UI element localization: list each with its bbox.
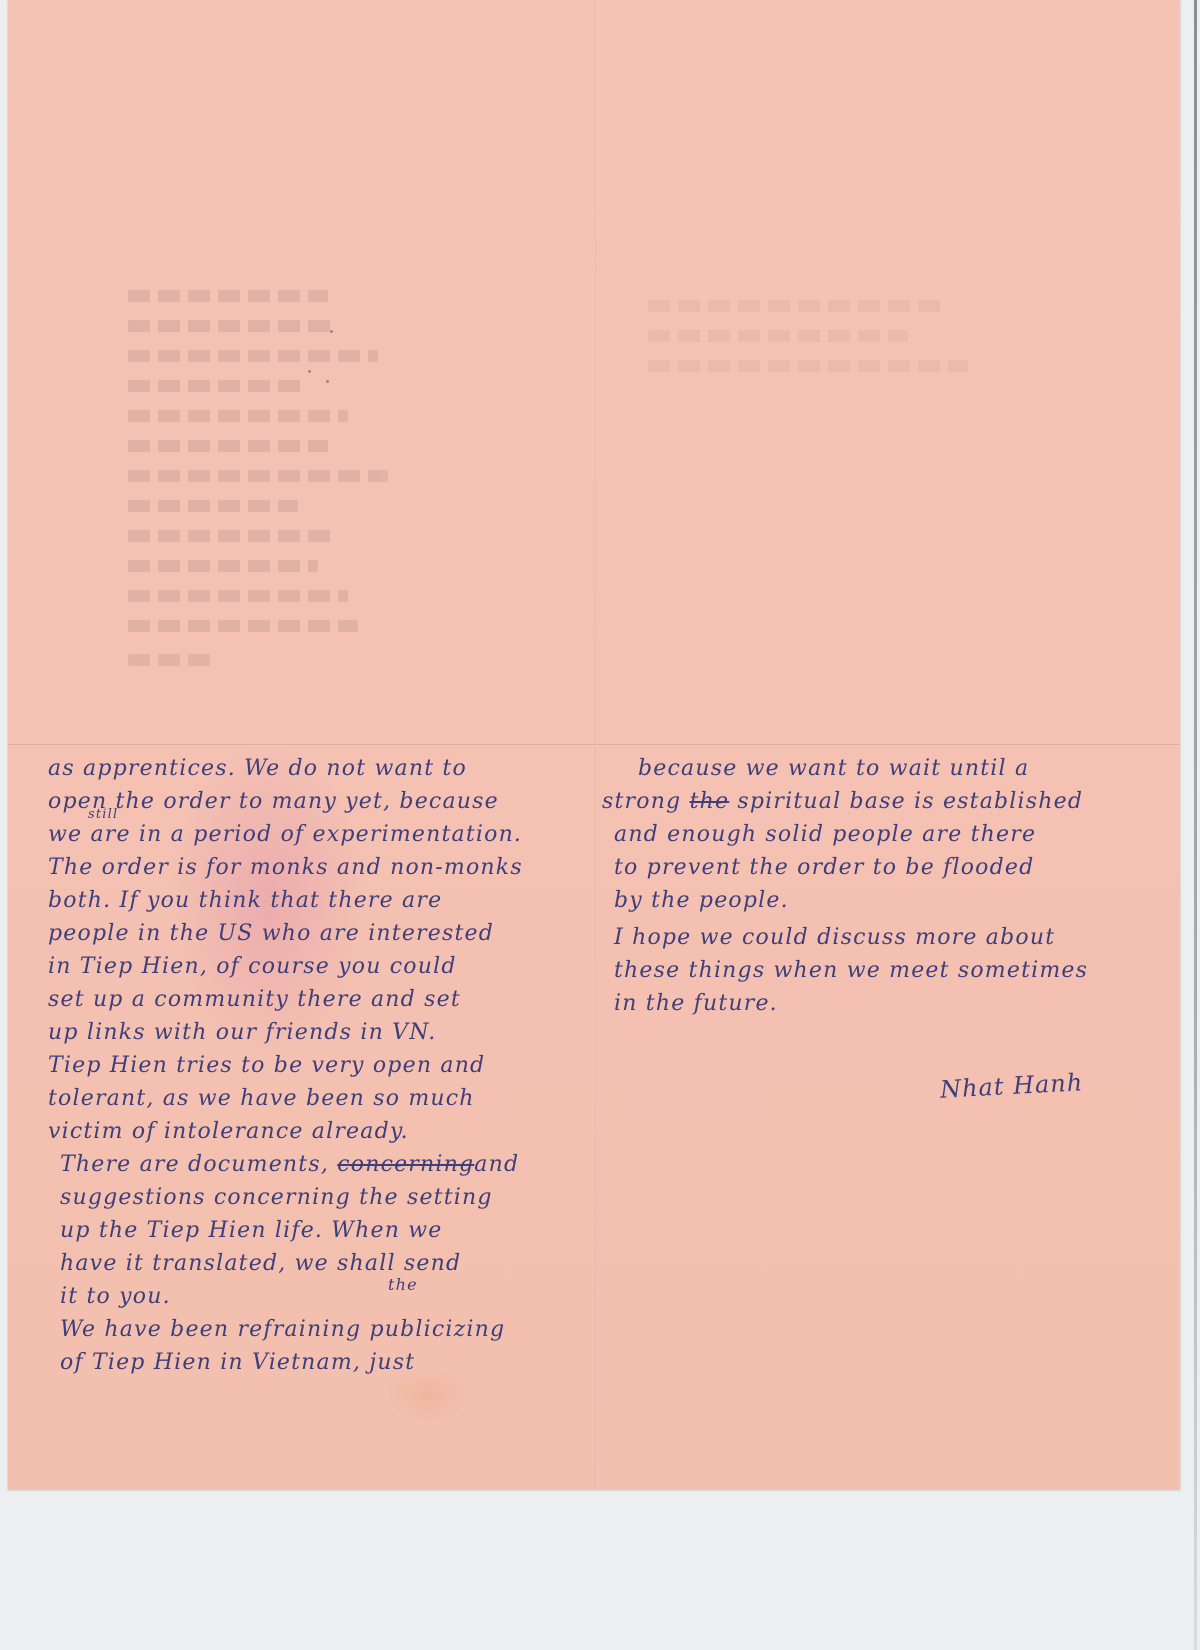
letter-line: tolerant, as we have been so much	[48, 1082, 588, 1115]
letter-line: victim of intolerance already.	[48, 1115, 588, 1148]
letter-line: these things when we meet sometimes	[602, 954, 1162, 987]
letter-line: it to you. the	[48, 1280, 588, 1313]
letter-line: and enough solid people are there	[602, 818, 1162, 851]
letter-line: I hope we could discuss more about	[602, 921, 1162, 954]
show-through-text-left	[128, 290, 388, 684]
paper-speck	[330, 330, 333, 333]
inserted-word: still	[88, 808, 118, 821]
letter-line: of Tiep Hien in Vietnam, just	[48, 1346, 588, 1379]
letter-line: We have been refraining publicizing	[48, 1313, 588, 1346]
letter-line: to prevent the order to be flooded	[602, 851, 1162, 884]
letter-line: by the people.	[602, 884, 1162, 917]
struck-word: the	[690, 789, 730, 814]
letter-line: both. If you think that there are	[48, 884, 588, 917]
letter-line: The order is for monks and non-monks	[48, 851, 588, 884]
letter-line: people in the US who are interested	[48, 917, 588, 950]
letter-right-column: because we want to wait until a strong t…	[602, 752, 1162, 1020]
letter-line: set up a community there and set	[48, 983, 588, 1016]
show-through-text-right	[648, 300, 1008, 390]
horizontal-fold-line	[8, 744, 1180, 746]
letter-line: in the future.	[602, 987, 1162, 1020]
letter-line: have it translated, we shall send	[48, 1247, 588, 1280]
letter-line: up links with our friends in VN.	[48, 1016, 588, 1049]
letter-line: strong the spiritual base is established	[602, 785, 1162, 818]
scan-edge-border	[1194, 0, 1197, 1650]
letter-line: in Tiep Hien, of course you could	[48, 950, 588, 983]
letter-left-column: as apprentices. We do not want to open t…	[48, 752, 588, 1379]
letter-line: still we are in a period of experimentat…	[48, 818, 588, 851]
letter-line: There are documents, concerningand	[48, 1148, 588, 1181]
vertical-fold-line	[595, 0, 597, 1490]
inserted-word: the	[388, 1278, 418, 1291]
struck-word: concerning	[337, 1152, 474, 1177]
paper-speck	[326, 380, 329, 383]
paper-speck	[308, 370, 311, 373]
letter-line: Tiep Hien tries to be very open and	[48, 1049, 588, 1082]
letter-line: as apprentices. We do not want to	[48, 752, 588, 785]
letter-line: because we want to wait until a	[602, 752, 1162, 785]
letter-line: open the order to many yet, because	[48, 785, 588, 818]
letter-line: up the Tiep Hien life. When we	[48, 1214, 588, 1247]
letter-line: suggestions concerning the setting	[48, 1181, 588, 1214]
